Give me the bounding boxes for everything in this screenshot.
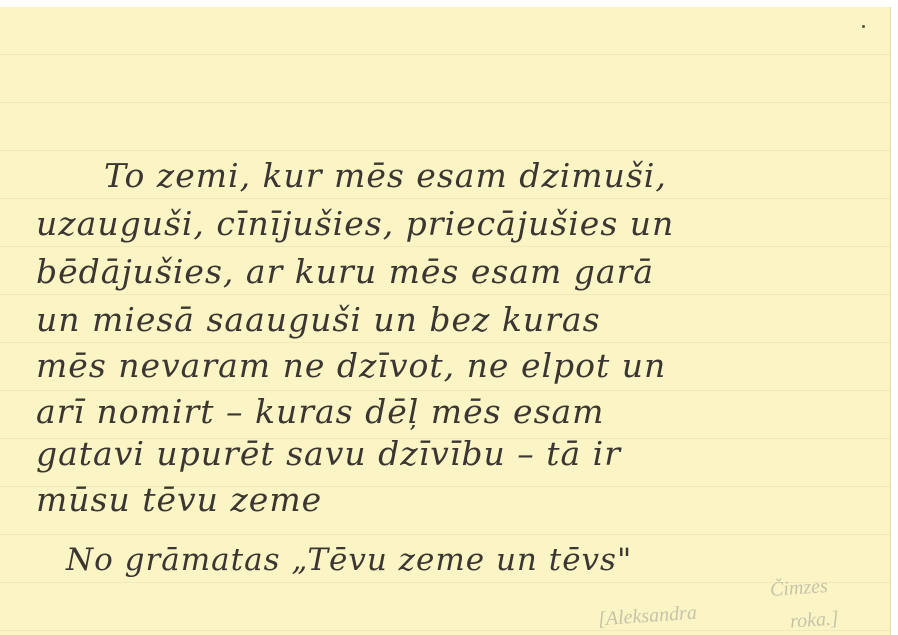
source-citation: No grāmatas „Tēvu zeme un tēvs" (66, 542, 632, 578)
pencil-annotation-surname: Čimzes (769, 575, 828, 601)
text-line-2: uzauguši, cīnījušies, priecājušies un (36, 207, 674, 240)
text-line-4: un miesā saauguši un bez kuras (36, 303, 601, 336)
text-line-5: mēs nevaram ne dzīvot, ne elpot un (36, 349, 666, 382)
text-line-8: mūsu tēvu zeme (36, 483, 322, 516)
text-line-6: arī nomirt – kuras dēļ mēs esam (36, 395, 604, 428)
pencil-annotation-name: [Aleksandra (597, 602, 697, 631)
manuscript-page: To zemi, kur mēs esam dzimuši, uzauguši,… (0, 7, 891, 635)
text-line-3: bēdājušies, ar kuru mēs esam garā (36, 255, 654, 288)
pencil-annotation-hand: roka.] (789, 607, 839, 632)
ink-speck (862, 25, 865, 28)
text-line-7: gatavi upurēt savu dzīvību – tā ir (36, 437, 621, 470)
text-line-1: To zemi, kur mēs esam dzimuši, (104, 159, 667, 192)
